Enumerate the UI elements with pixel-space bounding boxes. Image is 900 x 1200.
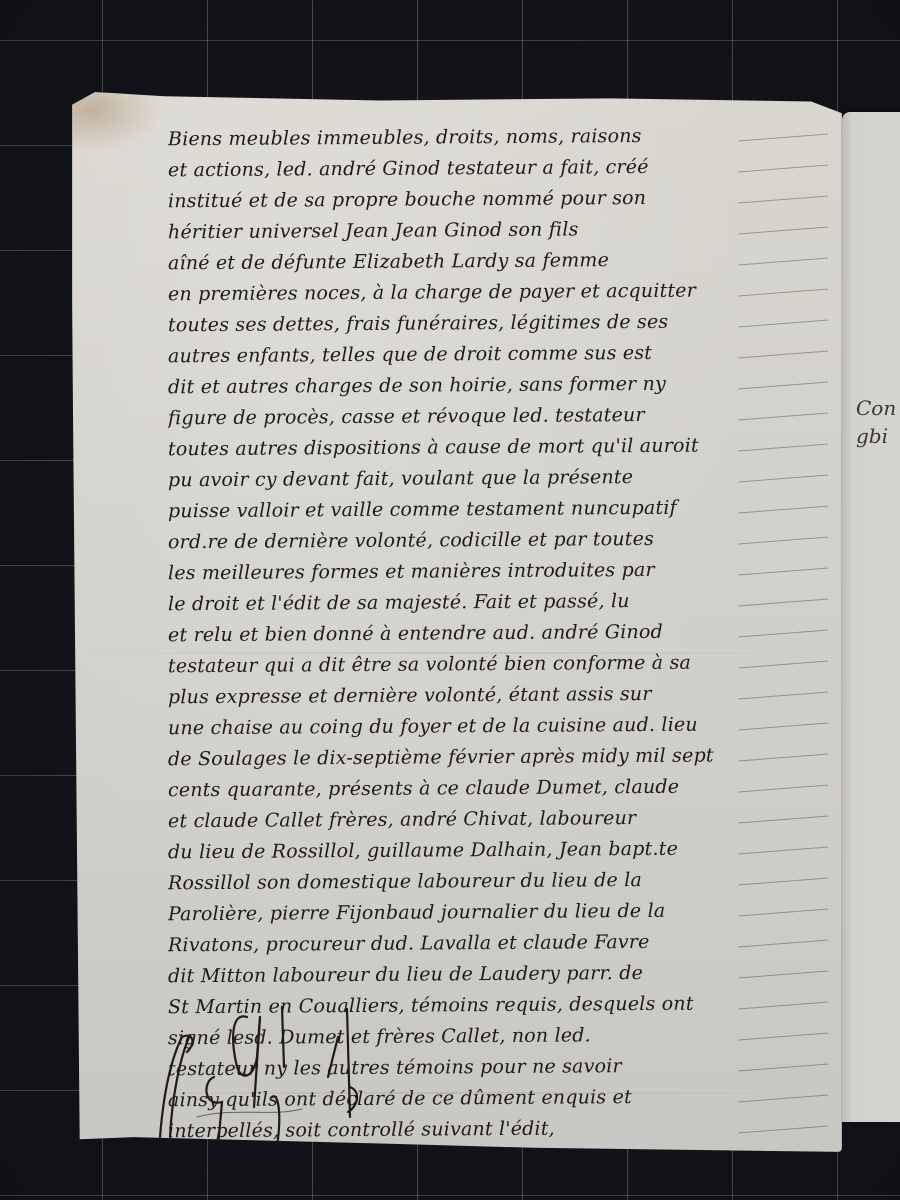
text-line: et ledit andré Ginod ayant pris la plume <box>168 1143 828 1179</box>
text-line: une chaise au coing du foyer et de la cu… <box>168 709 828 745</box>
text-line: les meilleures formes et manières introd… <box>168 554 828 590</box>
text-line: Parolière, pierre Fijonbaud journalier d… <box>168 895 828 931</box>
text-line: et claude Callet frères, andré Chivat, l… <box>168 802 828 838</box>
text-line: héritier universel Jean Jean Ginod son f… <box>168 213 828 249</box>
text-line: du lieu de Rossillol, guillaume Dalhain,… <box>168 833 828 869</box>
text-line: de Soulages le dix-septième février aprè… <box>168 740 828 776</box>
signature-marks <box>142 997 382 1147</box>
adjacent-page: Con gbi <box>842 112 900 1122</box>
text-line: Biens meubles immeubles, droits, noms, r… <box>168 120 828 156</box>
adjacent-fragment: Con <box>856 394 896 422</box>
signature-scribble-icon <box>142 997 382 1147</box>
text-line: cents quarante, présents à ce claude Dum… <box>168 771 828 807</box>
text-line: aîné et de défunte Elizabeth Lardy sa fe… <box>168 244 828 280</box>
text-line: puisse valloir et vaille comme testament… <box>168 492 828 528</box>
text-line: institué et de sa propre bouche nommé po… <box>168 182 828 218</box>
text-line: Rossillol son domestique laboureur du li… <box>168 864 828 900</box>
text-line: testateur qui a dit être sa volonté bien… <box>168 647 828 683</box>
manuscript-page: Biens meubles immeubles, droits, noms, r… <box>72 92 842 1152</box>
text-line: toutes autres dispositions à cause de mo… <box>168 430 828 466</box>
text-line: dit Mitton laboureur du lieu de Laudery … <box>168 957 828 993</box>
text-line: toutes ses dettes, frais funéraires, lég… <box>168 306 828 342</box>
text-line: et relu et bien donné à entendre aud. an… <box>168 616 828 652</box>
text-line: et actions, led. andré Ginod testateur a… <box>168 151 828 187</box>
adjacent-page-fragments: Con gbi <box>856 394 896 450</box>
adjacent-fragment: gbi <box>856 422 896 450</box>
text-line: figure de procès, casse et révoque led. … <box>168 399 828 435</box>
text-line: en premières noces, à la charge de payer… <box>168 275 828 311</box>
text-line: autres enfants, telles que de droit comm… <box>168 337 828 373</box>
text-line: ord.re de dernière volonté, codicille et… <box>168 523 828 559</box>
text-line: plus expresse et dernière volonté, étant… <box>168 678 828 714</box>
paper-stain <box>72 92 162 152</box>
text-line: le droit et l'édit de sa majesté. Fait e… <box>168 585 828 621</box>
text-line: Rivatons, procureur dud. Lavalla et clau… <box>168 926 828 962</box>
text-line: dit et autres charges de son hoirie, san… <box>168 368 828 404</box>
text-line: pu avoir cy devant fait, voulant que la … <box>168 461 828 497</box>
